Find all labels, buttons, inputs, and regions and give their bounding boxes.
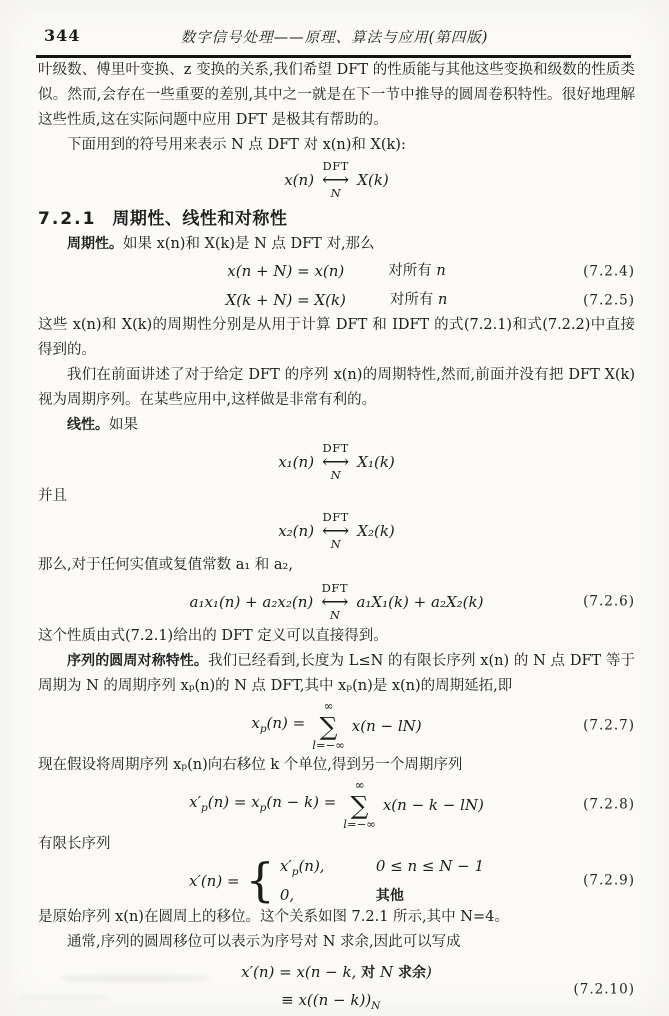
scan-artifact bbox=[20, 995, 110, 1000]
math-lhs: x₂(n) bbox=[278, 519, 314, 544]
section-number: 7.2.1 bbox=[38, 209, 96, 229]
math-lhs: a₁x₁(n) + a₂x₂(n) bbox=[190, 590, 314, 615]
equation-7-2-10-line-2: ≡ x((n − k))N bbox=[241, 987, 432, 1016]
equation-7-2-6: a₁x₁(n) + a₂x₂(n) DFT ⟷ N a₁X₁(k) + a₂X₂… bbox=[38, 580, 635, 624]
math-rhs: X₁(k) bbox=[357, 450, 395, 475]
book-page-scan: 344 数字信号处理——原理、算法与应用(第四版) 叶级数、傅里叶变换、z 变换… bbox=[0, 0, 669, 1016]
paragraph-property: 这个性质由式(7.2.1)给出的 DFT 定义可以直接得到。 bbox=[38, 624, 635, 649]
equation-number: (7.2.5) bbox=[583, 288, 635, 313]
dft-pair-arrow-icon: DFT ⟷ N bbox=[322, 443, 349, 481]
linearity-lead: 线性。 bbox=[67, 417, 109, 433]
equation-number: (7.2.7) bbox=[583, 714, 635, 739]
equation-7-2-9: x′(n) = { x′p(n), 0 ≤ n ≤ N − 1 0, 其他 (7… bbox=[38, 857, 635, 905]
left-brace-icon: { bbox=[246, 861, 275, 900]
paragraph-finite: 有限长序列 bbox=[38, 832, 635, 857]
math-rhs: X(k) bbox=[357, 168, 388, 193]
summation-icon: ∞ ∑ l=−∞ bbox=[312, 700, 345, 752]
paragraph-and: 并且 bbox=[38, 484, 635, 509]
math-condition: 对所有 n bbox=[388, 259, 445, 284]
paragraph-periodicity: 周期性。如果 x(n)和 X(k)是 N 点 DFT 对,那么 bbox=[38, 232, 635, 257]
math-lhs: x′(n) = bbox=[189, 869, 240, 894]
dft-pair-arrow-icon: DFT ⟷ N bbox=[322, 512, 349, 550]
case-row-1: x′p(n), 0 ≤ n ≤ N − 1 bbox=[280, 855, 484, 884]
equation-number: (7.2.9) bbox=[583, 869, 635, 894]
paragraph-circular: 序列的圆周对称特性。我们已经看到,长度为 L≤N 的有限长序列 x(n) 的 N… bbox=[38, 649, 635, 699]
math-body: x(n + N) = x(n) bbox=[227, 259, 344, 284]
equation-linearity-2: x₂(n) DFT ⟷ N X₂(k) bbox=[38, 509, 635, 553]
scan-artifact bbox=[60, 975, 210, 982]
dft-pair-arrow-icon: DFT ⟷ N bbox=[322, 161, 349, 199]
sigma-icon: ∑ bbox=[351, 793, 369, 818]
equation-7-2-4: x(n + N) = x(n) 对所有 n (7.2.4) bbox=[38, 259, 635, 284]
math-lhs: xp(n) = bbox=[251, 711, 305, 742]
paragraph-notation-intro: 下面用到的符号用来表示 N 点 DFT 对 x(n)和 X(k): bbox=[38, 133, 635, 158]
circular-lead: 序列的圆周对称特性。 bbox=[67, 653, 208, 669]
math-rhs: x(n − k − lN) bbox=[383, 793, 484, 818]
section-heading-7-2-1: 7.2.1周期性、线性和对称性 bbox=[38, 206, 635, 232]
equation-7-2-7: xp(n) = ∞ ∑ l=−∞ x(n − lN) (7.2.7) bbox=[38, 699, 635, 753]
dft-pair-arrow-icon: DFT ⟷ N bbox=[321, 583, 348, 621]
page-number: 344 bbox=[44, 26, 80, 45]
equation-number: (7.2.6) bbox=[583, 590, 635, 615]
equation-7-2-8: x′p(n) = xp(n − k) = ∞ ∑ l=−∞ x(n − k − … bbox=[38, 778, 635, 832]
math-rhs: x(n − lN) bbox=[352, 714, 422, 739]
paragraph-we-discussed: 我们在前面讲述了对于给定 DFT 的序列 x(n)的周期特性,然而,前面并没有把… bbox=[38, 363, 635, 413]
math-lhs: x′p(n) = xp(n − k) = bbox=[189, 790, 336, 821]
section-title: 周期性、线性和对称性 bbox=[112, 209, 287, 229]
equation-7-2-10-line-1: x′(n) = x(n − k, 对 N 求余) bbox=[241, 959, 432, 987]
paragraph-continuation: 叶级数、傅里叶变换、z 变换的关系,我们希望 DFT 的性质能与其他这些变换和级… bbox=[38, 58, 635, 133]
equation-number: (7.2.8) bbox=[583, 793, 635, 818]
equation-7-2-5: X(k + N) = X(k) 对所有 n (7.2.5) bbox=[38, 288, 635, 313]
paragraph-from-eqs: 这些 x(n)和 X(k)的周期性分别是从用于计算 DFT 和 IDFT 的式(… bbox=[38, 313, 635, 363]
equation-number: (7.2.4) bbox=[583, 259, 635, 284]
math-rhs: X₂(k) bbox=[357, 519, 395, 544]
page-header: 344 数字信号处理——原理、算法与应用(第四版) bbox=[0, 0, 669, 48]
math-lhs: x(n) bbox=[284, 168, 314, 193]
paragraph-then: 那么,对于任何实值或复值常数 a₁ 和 a₂, bbox=[38, 553, 635, 578]
periodicity-lead: 周期性。 bbox=[67, 236, 123, 252]
equation-linearity-1: x₁(n) DFT ⟷ N X₁(k) bbox=[38, 440, 635, 484]
equation-dft-notation: x(n) DFT ⟷ N X(k) bbox=[38, 158, 635, 202]
case-row-2: 0, 其他 bbox=[280, 884, 484, 908]
math-condition: 对所有 n bbox=[390, 288, 447, 313]
paragraph-usually: 通常,序列的圆周移位可以表示为序号对 N 求余,因此可以写成 bbox=[38, 930, 635, 955]
running-title: 数字信号处理——原理、算法与应用(第四版) bbox=[0, 26, 669, 47]
math-lhs: x₁(n) bbox=[278, 450, 314, 475]
sigma-icon: ∑ bbox=[320, 714, 338, 739]
math-body: X(k + N) = X(k) bbox=[226, 288, 346, 313]
page-content: 叶级数、傅里叶变换、z 变换的关系,我们希望 DFT 的性质能与其他这些变换和级… bbox=[0, 58, 669, 1016]
piecewise-cases: { x′p(n), 0 ≤ n ≤ N − 1 0, 其他 bbox=[240, 855, 484, 908]
summation-icon: ∞ ∑ l=−∞ bbox=[343, 779, 376, 831]
equation-7-2-10: x′(n) = x(n − k, 对 N 求余) ≡ x((n − k))N (… bbox=[38, 959, 635, 1016]
math-rhs: a₁X₁(k) + a₂X₂(k) bbox=[356, 590, 483, 615]
paragraph-linearity: 线性。如果 bbox=[38, 413, 635, 438]
paragraph-shift: 现在假设将周期序列 xₚ(n)向右移位 k 个单位,得到另一个周期序列 bbox=[38, 753, 635, 778]
equation-number: (7.2.10) bbox=[574, 977, 635, 1002]
paragraph-original: 是原始序列 x(n)在圆周上的移位。这个关系如图 7.2.1 所示,其中 N=4… bbox=[38, 905, 635, 930]
